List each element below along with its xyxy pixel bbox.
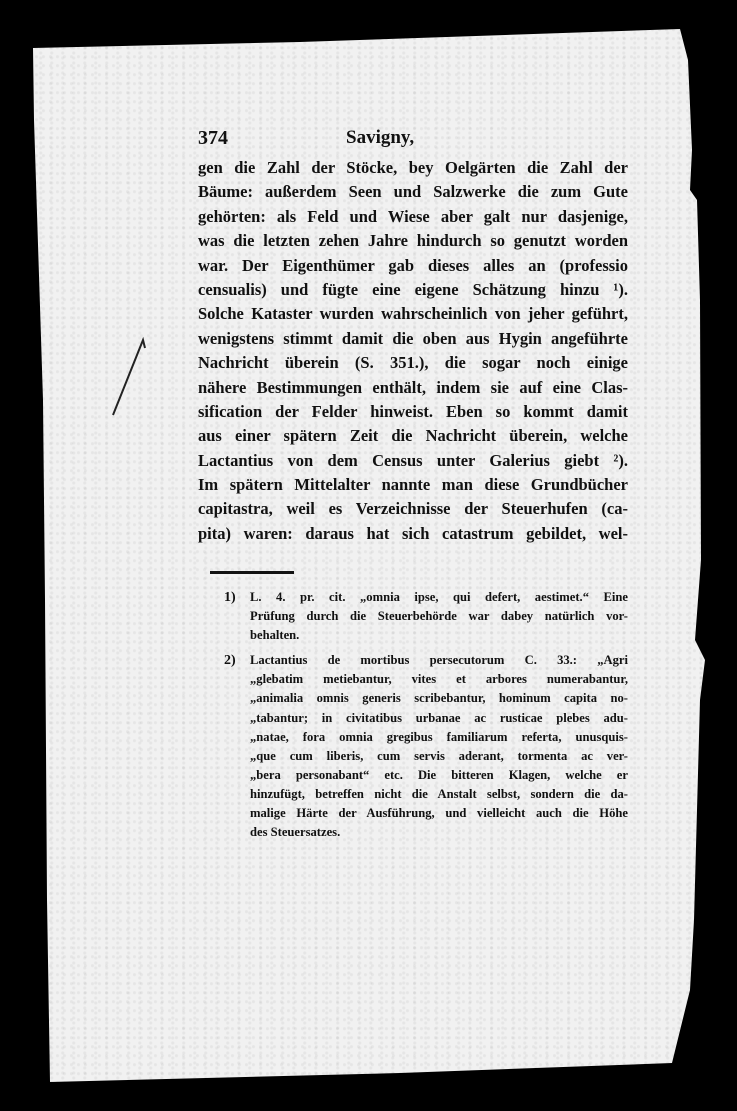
footnotes: 1)L. 4. pr. cit. „omnia ipse, qui defert… <box>224 588 628 842</box>
footnote-line: 2)Lactantius de mortibus persecutorum C.… <box>224 651 628 670</box>
page-header: 374 Savigny, <box>198 127 618 155</box>
footnote-line: Prüfung durch die Steuerbehörde war dabe… <box>224 607 628 626</box>
footnote-line: behalten. <box>224 626 628 645</box>
body-line: wenigstens stimmt damit die oben aus Hyg… <box>198 327 628 351</box>
body-line: censualis) und fügte eine eigene Schätzu… <box>198 278 628 302</box>
footnote: 2)Lactantius de mortibus persecutorum C.… <box>224 651 628 842</box>
body-line: Im spätern Mittelalter nannte man diese … <box>198 473 628 497</box>
body-line: war. Der Eigenthümer gab dieses alles an… <box>198 254 628 278</box>
body-line: sification der Felder hinweist. Eben so … <box>198 400 628 424</box>
footnote-line: 1)L. 4. pr. cit. „omnia ipse, qui defert… <box>224 588 628 607</box>
footnote-line: „glebatim metiebantur, vites et arbores … <box>224 670 628 689</box>
page-number: 374 <box>198 127 228 150</box>
running-head: Savigny, <box>346 127 414 149</box>
footnote-text: Lactantius de mortibus persecutorum C. 3… <box>250 653 628 667</box>
body-line: capitastra, weil es Verzeichnisse der St… <box>198 497 628 521</box>
footnote-line: des Steuersatzes. <box>224 823 628 842</box>
body-line: Lactantius von dem Census unter Galerius… <box>198 449 628 473</box>
footnote-line: „animalia omnis generis scribebantur, ho… <box>224 689 628 708</box>
body-text: gen die Zahl der Stöcke, bey Oelgärten d… <box>198 156 628 546</box>
body-line: nähere Bestimmungen enthält, indem sie a… <box>198 376 628 400</box>
footnote-text: L. 4. pr. cit. „omnia ipse, qui defert, … <box>250 590 628 604</box>
footnote-rule <box>210 571 294 574</box>
body-line: Solche Kataster wurden wahrscheinlich vo… <box>198 302 628 326</box>
footnote-line: malige Härte der Ausführung, und viellei… <box>224 804 628 823</box>
body-line: aus einer spätern Zeit die Nachricht übe… <box>198 424 628 448</box>
footnote-marker: 1) <box>224 588 250 607</box>
body-line: Nachricht überein (S. 351.), die sogar n… <box>198 351 628 375</box>
body-line: gehörten: als Feld und Wiese aber galt n… <box>198 205 628 229</box>
footnote-line: „que cum liberis, cum servis aderant, to… <box>224 747 628 766</box>
footnote: 1)L. 4. pr. cit. „omnia ipse, qui defert… <box>224 588 628 645</box>
footnote-marker: 2) <box>224 651 250 670</box>
pencil-mark-icon <box>110 330 150 420</box>
body-line: gen die Zahl der Stöcke, bey Oelgärten d… <box>198 156 628 180</box>
footnote-line: „natae, fora omnia gregibus familiarum r… <box>224 728 628 747</box>
body-line: Bäume: außerdem Seen und Salzwerke die z… <box>198 180 628 204</box>
body-line: pita) waren: daraus hat sich catastrum g… <box>198 522 628 546</box>
footnote-line: „tabantur; in civitatibus urbanae ac rus… <box>224 709 628 728</box>
footnote-line: „bera personabant“ etc. Die bitteren Kla… <box>224 766 628 785</box>
footnote-line: hinzufügt, betreffen nicht die Anstalt s… <box>224 785 628 804</box>
body-line: was die letzten zehen Jahre hindurch so … <box>198 229 628 253</box>
